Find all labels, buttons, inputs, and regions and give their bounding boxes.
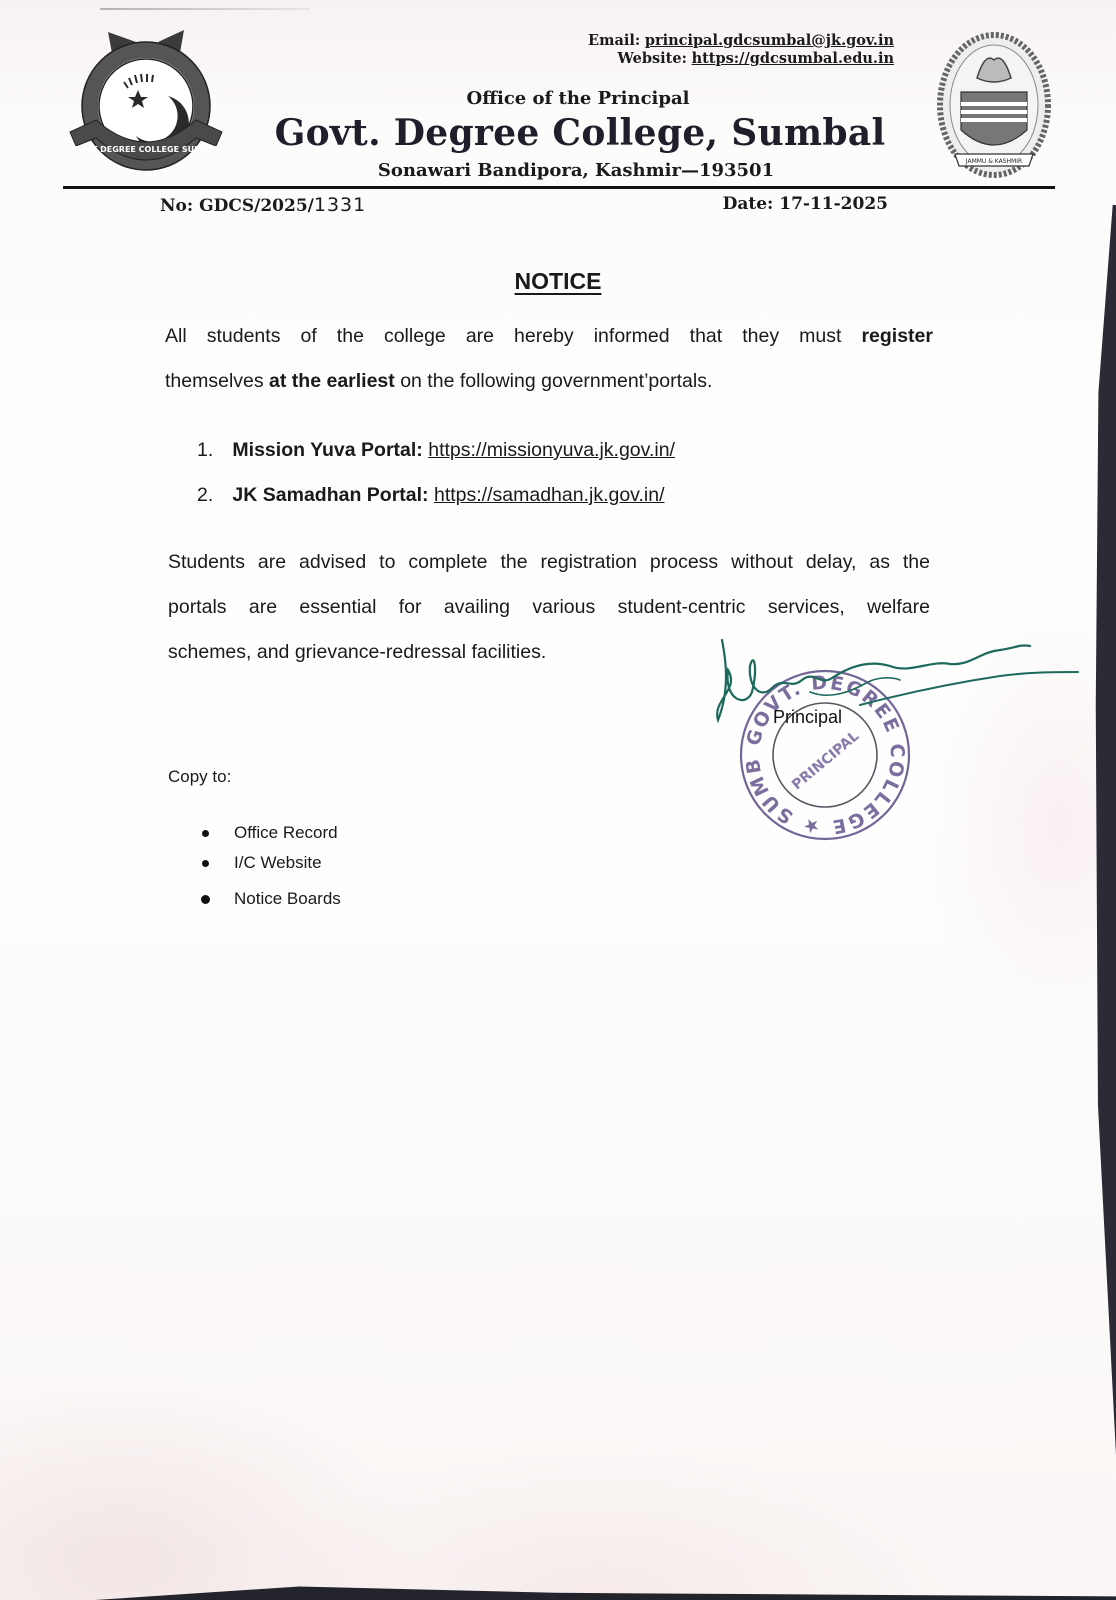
intro-line-2: themselves at the earliest on the follow… (165, 359, 933, 404)
college-address: Sonawari Bandipora, Kashmir—193501 (0, 160, 1116, 181)
contact-block: Email: principal.gdcsumbal@jk.gov.in Web… (588, 32, 894, 68)
email-line: Email: principal.gdcsumbal@jk.gov.in (588, 32, 894, 50)
portal-name: Mission Yuva Portal: (232, 439, 422, 461)
portal-link[interactable]: https://samadhan.jk.gov.in/ (434, 484, 665, 506)
copy-to-item: Office Record (197, 818, 341, 848)
copy-to-item: Notice Boards (197, 884, 341, 914)
bullet-icon (201, 895, 210, 904)
portal-number: 1. (197, 428, 227, 473)
portal-item-mission-yuva: 1. Mission Yuva Portal: https://missiony… (197, 428, 675, 473)
copy-to-label: Copy to: (168, 767, 231, 787)
paper-background (0, 0, 1116, 1600)
notice-title-text: NOTICE (515, 268, 602, 294)
advice-line-2: portals are essential for availing vario… (168, 585, 930, 630)
portal-name: JK Samadhan Portal: (232, 484, 428, 506)
intro-text: All students of the college are hereby i… (165, 325, 861, 347)
portal-number: 2. (197, 473, 227, 518)
copy-to-list: Office Record I/C Website Notice Boards (197, 818, 341, 914)
bullet-icon (202, 830, 209, 837)
header-divider (63, 186, 1055, 189)
portal-item-jk-samadhan: 2. JK Samadhan Portal: https://samadhan.… (197, 473, 675, 518)
intro-line-1: All students of the college are hereby i… (165, 314, 933, 359)
principal-signature (700, 630, 1080, 740)
email-link[interactable]: principal.gdcsumbal@jk.gov.in (645, 32, 894, 49)
intro-text: on the following government’portals. (395, 370, 713, 392)
date-label: Date: (723, 194, 774, 214)
intro-text: themselves (165, 370, 269, 392)
intro-paragraph: All students of the college are hereby i… (165, 314, 933, 404)
college-name: Govt. Degree College, Sumbal (0, 112, 1116, 154)
website-label: Website: (618, 50, 687, 67)
portal-link[interactable]: https://missionyuva.jk.gov.in/ (428, 439, 675, 461)
bullet-icon (202, 860, 209, 867)
copy-to-item-label: Notice Boards (234, 889, 341, 909)
reference-number: No: GDCS/2025/1331 (160, 194, 366, 216)
intro-emphasis-earliest: at the earliest (269, 370, 395, 392)
advice-line-1: Students are advised to complete the reg… (168, 540, 930, 585)
office-title: Office of the Principal (0, 88, 1116, 109)
copy-to-item: I/C Website (197, 848, 341, 878)
portal-list: 1. Mission Yuva Portal: https://missiony… (197, 428, 675, 518)
copy-to-item-label: I/C Website (234, 853, 322, 873)
reference-prefix: No: GDCS/2025/ (160, 196, 314, 216)
notice-title: NOTICE (0, 268, 1116, 295)
copy-to-item-label: Office Record (234, 823, 338, 843)
notice-date: Date: 17-11-2025 (723, 194, 888, 214)
website-line: Website: https://gdcsumbal.edu.in (588, 50, 894, 68)
intro-emphasis-register: register (861, 325, 933, 347)
scan-artifact (100, 8, 310, 10)
website-link[interactable]: https://gdcsumbal.edu.in (692, 50, 894, 67)
reference-handwritten-number: 1331 (314, 194, 366, 216)
email-label: Email: (588, 32, 640, 49)
date-value: 17-11-2025 (779, 194, 888, 214)
